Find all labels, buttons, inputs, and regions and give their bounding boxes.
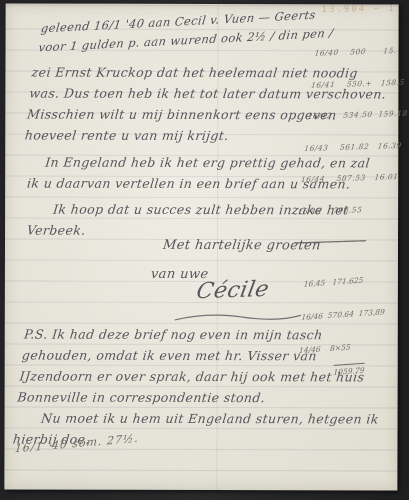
postscript-paragraph-1: P.S. Ik had deze brief nog even in mijn … [16,324,397,409]
closing-salutation: Met hartelijke groeten [162,235,322,256]
top-margin-annotation: geleend 16/1 '40 aan Cecil v. Vuen — Gee… [37,4,341,57]
letter-paragraph-2: In Engeland heb ik het erg prettig gehad… [26,152,383,195]
signature-flourish [173,310,303,324]
letter-paragraph-1: zei Ernst Kruckop dat het heelemaal niet… [24,62,391,147]
scanned-letter: 13.904 — 1 geleend 16/1 '40 aan Cecil v.… [0,0,409,500]
signature: Cécile [195,279,271,302]
pencil-row: 16/46 570.64 173,89 [301,305,407,323]
pencil-row: 16,45 171.625 [303,272,409,290]
pencil-row: 16/40 500 15. [314,45,409,59]
letter-paper: 13.904 — 1 geleend 16/1 '40 aan Cecil v.… [4,3,398,490]
